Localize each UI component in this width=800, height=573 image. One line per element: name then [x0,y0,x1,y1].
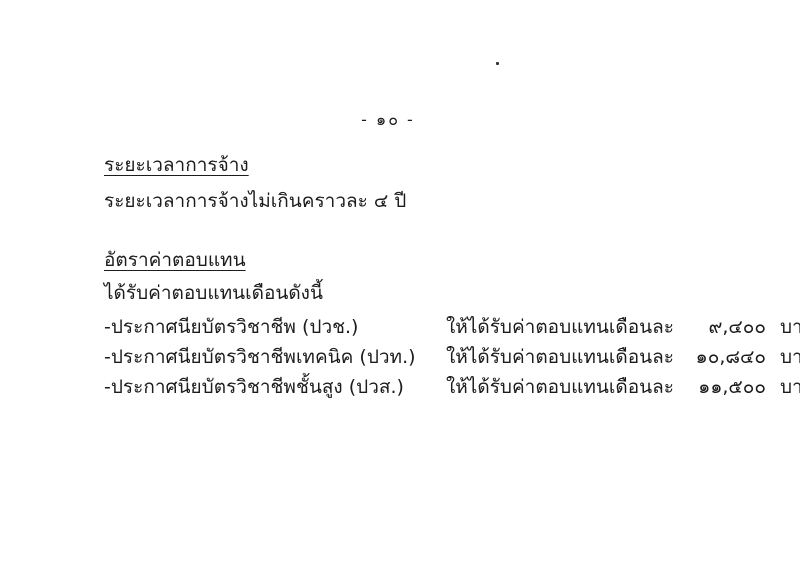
rate-label: ให้ได้รับค่าตอบแทนเดือนละ [446,315,674,339]
rate-amount: ๙,๔๐๐ [664,315,766,339]
qualification-label: -ประกาศนียบัตรวิชาชีพชั้นสูง (ปวส.) [104,375,404,399]
page-number-text: - ๑๐ - [361,110,415,129]
employment-period-text: ระยะเวลาการจ้างไม่เกินคราวละ ๔ ปี [104,189,406,213]
currency-unit: บาท [780,315,800,339]
qualification-label: -ประกาศนียบัตรวิชาชีพเทคนิค (ปวท.) [104,345,416,369]
currency-unit: บาท [780,345,800,369]
page-number: - ๑๐ - [0,108,800,133]
scan-speck [496,62,499,65]
compensation-intro: ได้รับค่าตอบแทนเดือนดังนี้ [104,281,323,305]
document-page: - ๑๐ - ระยะเวลาการจ้าง ระยะเวลาการจ้างไม… [0,0,800,573]
section-heading-compensation: อัตราค่าตอบแทน [104,248,246,272]
qualification-label: -ประกาศนียบัตรวิชาชีพ (ปวช.) [104,315,358,339]
rate-amount: ๑๐,๘๔๐ [664,345,766,369]
rate-label: ให้ได้รับค่าตอบแทนเดือนละ [446,345,674,369]
rate-amount: ๑๑,๕๐๐ [664,375,766,399]
section-heading-employment-period: ระยะเวลาการจ้าง [104,153,249,177]
rate-label: ให้ได้รับค่าตอบแทนเดือนละ [446,375,674,399]
currency-unit: บาท [780,375,800,399]
